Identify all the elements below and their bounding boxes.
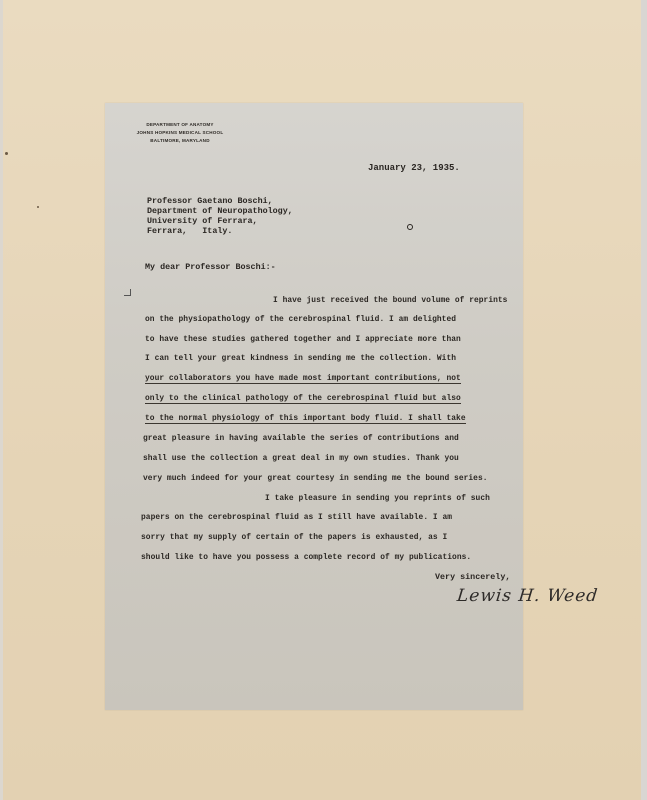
body-line: great pleasure in having available the s… xyxy=(143,434,459,443)
body-line: I can tell your great kindness in sendin… xyxy=(145,354,456,363)
letter-page: DEPARTMENT OF ANATOMY JOHNS HOPKINS MEDI… xyxy=(105,103,523,710)
body-line: sorry that my supply of certain of the p… xyxy=(141,533,447,542)
letter-date: January 23, 1935. xyxy=(368,163,460,173)
mat-right-edge xyxy=(641,0,647,800)
recipient-department: Department of Neuropathology, xyxy=(147,206,293,216)
signature: Lewis H. Weed xyxy=(456,586,599,606)
recipient-address: Professor Gaetano Boschi,Department of N… xyxy=(147,196,293,236)
closing: Very sincerely, xyxy=(435,572,510,582)
mat-left-edge xyxy=(0,0,3,800)
body-line: I take pleasure in sending you reprints … xyxy=(265,494,490,503)
body-line: your collaborators you have made most im… xyxy=(145,374,461,384)
letterhead-department: DEPARTMENT OF ANATOMY xyxy=(125,121,235,129)
mat-speck xyxy=(37,206,39,208)
body-line: I have just received the bound volume of… xyxy=(273,296,507,305)
recipient-name: Professor Gaetano Boschi, xyxy=(147,196,293,206)
body-line: very much indeed for your great courtesy… xyxy=(143,474,488,483)
ink-dot-mark xyxy=(407,224,413,230)
body-line: only to the clinical pathology of the ce… xyxy=(145,394,461,404)
body-line: to have these studies gathered together … xyxy=(145,335,461,344)
body-line: should like to have you possess a comple… xyxy=(141,553,471,562)
recipient-city: Ferrara, Italy. xyxy=(147,226,293,236)
body-line: shall use the collection a great deal in… xyxy=(143,454,459,463)
body-line: on the physiopathology of the cerebrospi… xyxy=(145,315,456,324)
body-line: to the normal physiology of this importa… xyxy=(145,414,466,424)
mat-speck xyxy=(5,152,8,155)
recipient-university: University of Ferrara, xyxy=(147,216,293,226)
body-line: papers on the cerebrospinal fluid as I s… xyxy=(141,513,452,522)
letterhead-city: BALTIMORE, MARYLAND xyxy=(125,137,235,145)
letterhead: DEPARTMENT OF ANATOMY JOHNS HOPKINS MEDI… xyxy=(125,121,235,145)
letterhead-school: JOHNS HOPKINS MEDICAL SCHOOL xyxy=(125,129,235,137)
margin-pencil-mark xyxy=(124,289,131,296)
salutation: My dear Professor Boschi:- xyxy=(145,262,276,272)
